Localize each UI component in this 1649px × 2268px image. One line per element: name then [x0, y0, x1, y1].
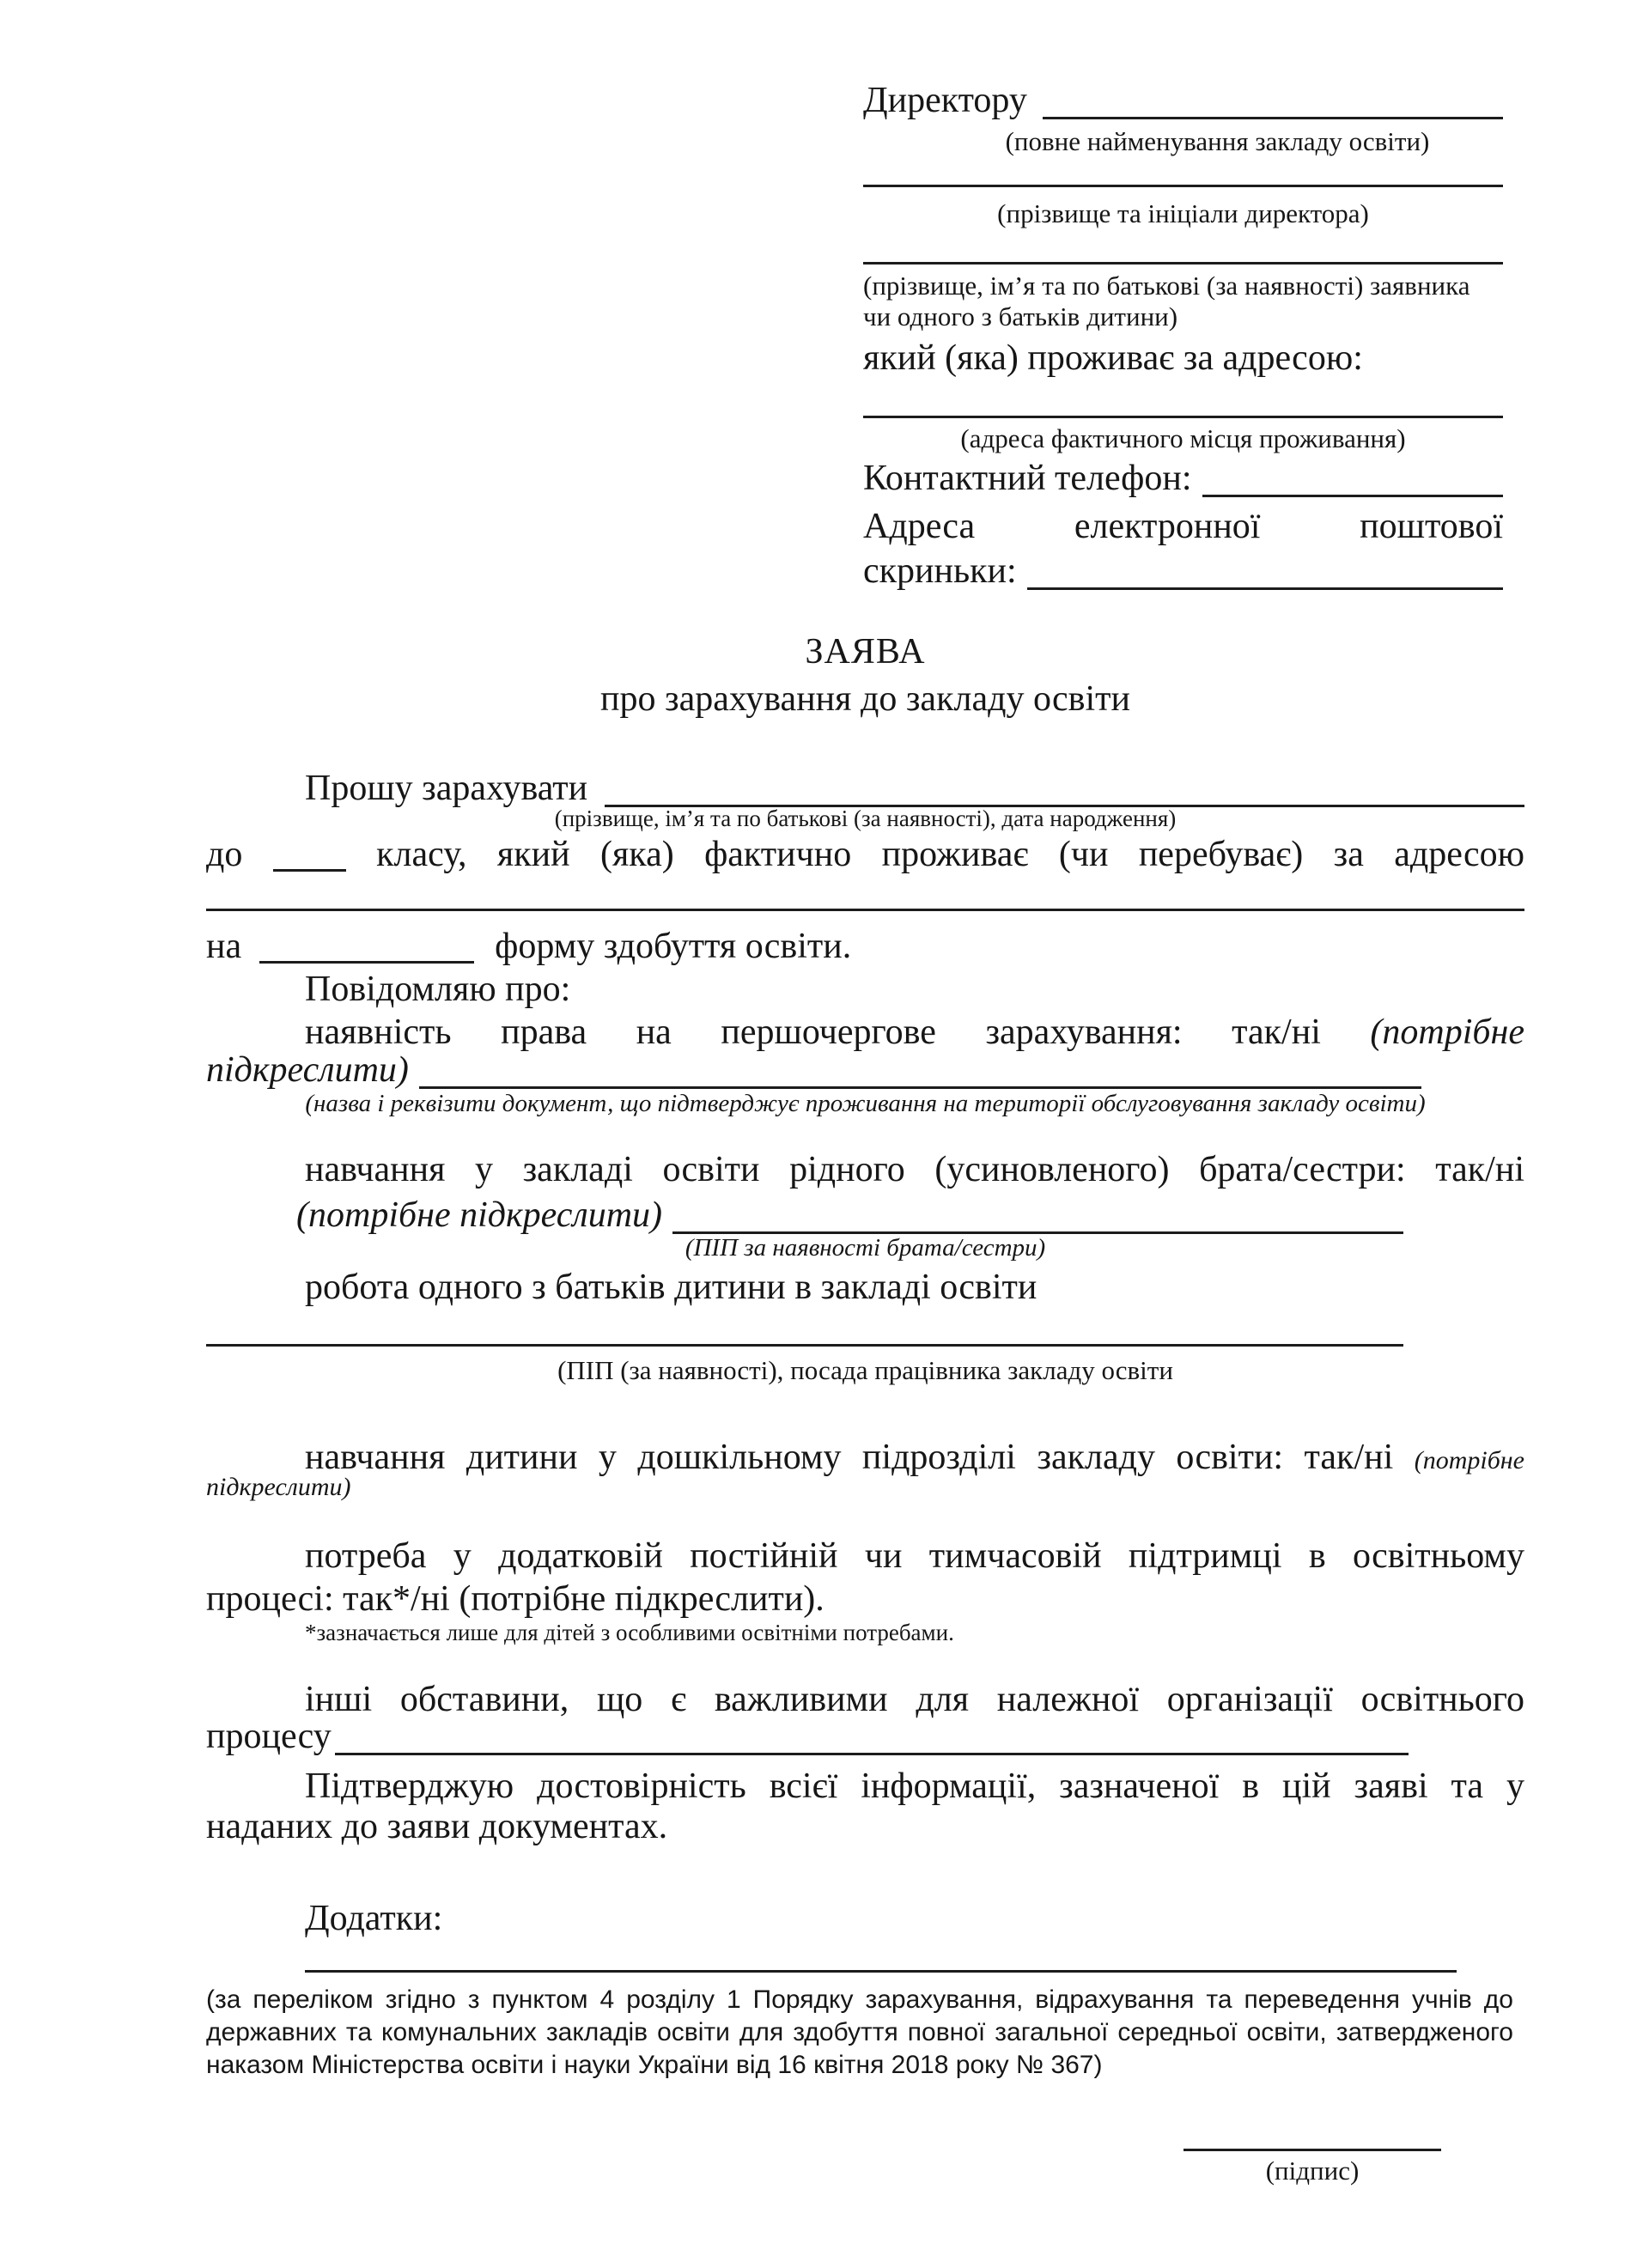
preschool-main: навчання дитини у дошкільному підрозділі… — [305, 1438, 1393, 1477]
email-row: скриньки: — [863, 552, 1503, 592]
priority-italic: (потрібне — [1370, 1012, 1524, 1052]
notify-line: Повідомляю про: — [206, 969, 1524, 1010]
parent-work-line: робота одного з батьків дитини в закладі… — [206, 1267, 1524, 1308]
priority-main: наявність права на першочергове зарахува… — [305, 1012, 1321, 1052]
blank-applicant-name — [863, 234, 1503, 264]
other-continuation: процесу — [206, 1718, 1409, 1757]
blank-priority-document — [419, 1081, 1421, 1089]
blank-residence-address — [863, 387, 1503, 418]
confirm-line1: Підтверджую достовірність всієї інформац… — [206, 1766, 1524, 1807]
other-line1: інші обставини, що є важливими для належ… — [206, 1679, 1524, 1720]
lives-at-label: який (яка) проживає за адресою: — [863, 337, 1503, 379]
preschool-italic: (потрібне — [1415, 1446, 1524, 1475]
document-subtitle: про зарахування до закладу освіти — [206, 678, 1524, 720]
support-line2: процесі: так*/ні (потрібне підкреслити). — [206, 1578, 1524, 1620]
phone-row: Контактний телефон: — [863, 459, 1503, 499]
caption-parent-worker: (ПІП (за наявності), посада працівника з… — [206, 1355, 1524, 1386]
priority-continuation: підкреслити) — [206, 1051, 1421, 1091]
blank-director-name — [863, 157, 1503, 187]
education-form-rest: форму здобуття освіти. — [495, 927, 851, 966]
sibling-italic: (потрібне підкреслити) — [296, 1195, 662, 1236]
request-lead: Прошу зарахувати — [305, 768, 587, 809]
caption-priority-document: (назва і реквізити документ, що підтверд… — [206, 1089, 1524, 1118]
caption-child-name: (прізвище, ім’я та по батькові (за наявн… — [206, 806, 1524, 832]
blank-actual-address — [206, 869, 1524, 911]
addressee-block: Директору (повне найменування закладу ос… — [863, 82, 1503, 121]
priority-italic-cont: підкреслити) — [206, 1049, 409, 1091]
sibling-continuation: (потрібне підкреслити) — [206, 1196, 1403, 1236]
email-label-line2: скриньки: — [863, 550, 1017, 592]
caption-applicant: (прізвище, ім’я та по батькові (за наявн… — [863, 271, 1503, 332]
on-word: на — [206, 927, 241, 966]
footer-note: (за переліком згідно з пунктом 4 розділу… — [206, 1984, 1513, 2082]
blank-phone — [1202, 489, 1503, 497]
phone-label: Контактний телефон: — [863, 458, 1192, 499]
other-word: процесу — [206, 1716, 332, 1757]
scanned-application-form: Директору (повне найменування закладу ос… — [0, 0, 1649, 2268]
priority-line: наявність права на першочергове зарахува… — [206, 1012, 1524, 1053]
blank-education-form — [259, 956, 474, 964]
caption-address: (адреса фактичного місця проживання) — [863, 423, 1503, 454]
sibling-line: навчання у закладі освіти рідного (усино… — [206, 1149, 1524, 1190]
caption-director: (прізвище та ініціали директора) — [863, 198, 1503, 229]
caption-sibling: (ПІП за наявності брата/сестри) — [206, 1233, 1524, 1262]
education-form-line: на форму здобуття освіти. — [206, 926, 1524, 967]
blank-parent-worker — [206, 1305, 1403, 1347]
director-row: Директору — [863, 82, 1503, 121]
blank-signature — [1184, 2114, 1441, 2151]
director-label: Директору — [863, 80, 1027, 121]
blank-institution-name — [1043, 112, 1503, 119]
email-label-line1: Адреса електронної поштової — [863, 506, 1503, 547]
preschool-italic-cont: підкреслити) — [206, 1473, 1524, 1502]
support-line1: потреба у додатковій постійній чи тимчас… — [206, 1535, 1524, 1577]
confirm-line2: наданих до заяви документах. — [206, 1806, 1524, 1847]
attachments-label: Додатки: — [206, 1898, 1524, 1939]
caption-institution: (повне найменування закладу освіти) — [932, 126, 1503, 157]
blank-attachments-list — [305, 1934, 1457, 1973]
blank-other-circumstances — [335, 1748, 1409, 1755]
caption-signature: (підпис) — [1184, 2156, 1441, 2186]
footnote-special-needs: *зазначається лише для дітей з особливим… — [305, 1620, 1524, 1646]
document-title: ЗАЯВА — [206, 631, 1524, 672]
blank-email — [1027, 582, 1503, 590]
request-row: Прошу зарахувати — [206, 769, 1524, 809]
